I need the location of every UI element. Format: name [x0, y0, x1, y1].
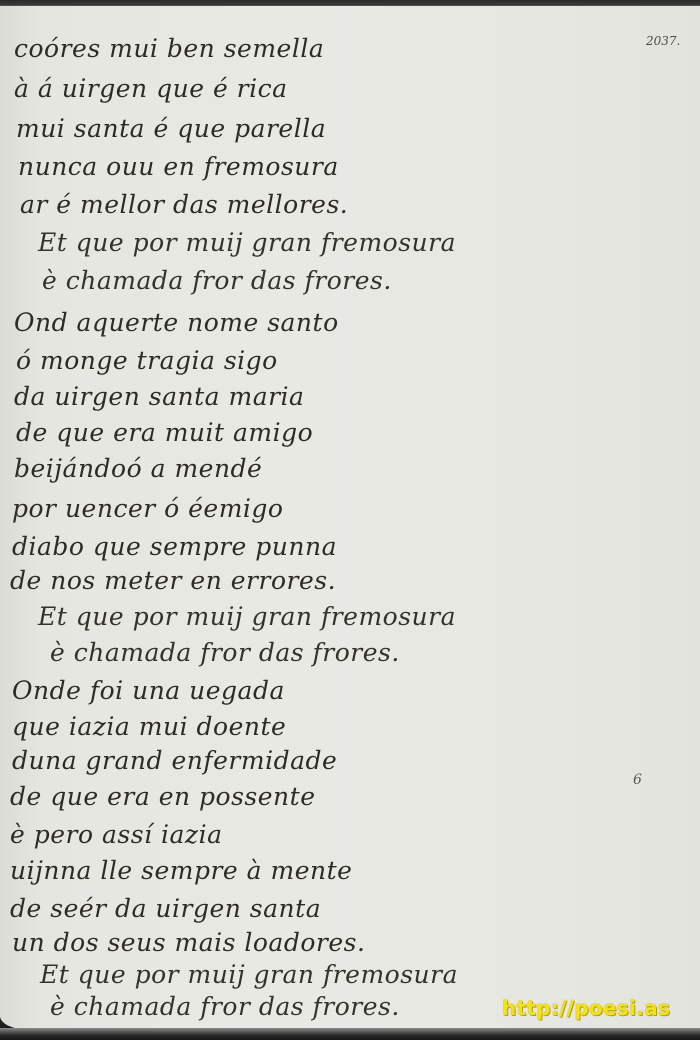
stray-ink-mark: 6	[633, 772, 642, 788]
verse-line: beijándoó a mendé	[14, 454, 262, 483]
page-bottom-edge	[0, 1028, 700, 1040]
verse-line: de que era muit amigo	[16, 418, 313, 447]
verse-line: da uirgen santa maria	[14, 382, 304, 411]
verse-line: un dos seus mais loadores.	[12, 928, 365, 957]
verse-line: de que era en possente	[10, 782, 315, 811]
verse-line: de seér da uirgen santa	[10, 894, 321, 923]
verse-line: Onde foi una uegada	[12, 676, 285, 705]
verse-line: de nos meter en errores.	[10, 566, 336, 595]
refrain-line: è chamada fror das frores.	[42, 266, 392, 295]
refrain-line: è chamada fror das frores.	[50, 638, 400, 667]
verse-line: uijnna lle sempre à mente	[10, 856, 352, 885]
verse-line: mui santa é que parella	[16, 114, 326, 143]
refrain-line: Et que por muij gran fremosura	[40, 960, 458, 989]
verse-line: coóres mui ben semella	[14, 34, 324, 63]
verse-line: diabo que sempre punna	[12, 532, 337, 561]
verse-line: è pero assí iazia	[10, 820, 222, 849]
verse-line: ó monge tragia sigo	[16, 346, 278, 375]
verse-line: à á uirgen que é rica	[14, 74, 288, 103]
verse-line: que iazia mui doente	[12, 712, 286, 741]
verse-line: nunca ouu en fremosura	[18, 152, 339, 181]
manuscript-page: 2037. 6 coóres mui ben semellaà á uirgen…	[0, 6, 700, 1030]
verse-line: por uencer ó éemigo	[12, 494, 284, 523]
verse-line: Ond aquerte nome santo	[14, 308, 339, 337]
refrain-line: è chamada fror das frores.	[50, 992, 400, 1021]
verse-line: ar é mellor das mellores.	[20, 190, 348, 219]
refrain-line: Et que por muij gran fremosura	[38, 602, 456, 631]
watermark-url: http://poesi.as	[502, 996, 670, 1020]
folio-number: 2037.	[646, 34, 680, 48]
verse-line: duna grand enfermidade	[12, 746, 337, 775]
refrain-line: Et que por muij gran fremosura	[38, 228, 456, 257]
